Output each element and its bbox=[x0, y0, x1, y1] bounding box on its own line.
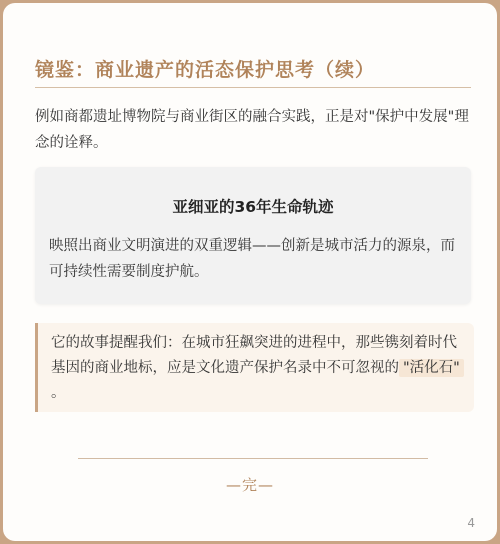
card-body: 映照出商业文明演进的双重逻辑——创新是城市活力的源泉，而可持续性需要制度护航。 bbox=[49, 233, 464, 285]
page: 镜鉴：商业遗产的活态保护思考（续） 例如商都遗址博物院与商业街区的融合实践，正是… bbox=[3, 3, 497, 541]
card-title: 亚细亚的36年生命轨迹 bbox=[35, 195, 471, 217]
page-number: 4 bbox=[467, 516, 475, 530]
info-card: 亚细亚的36年生命轨迹 映照出商业文明演进的双重逻辑——创新是城市活力的源泉，而… bbox=[35, 167, 471, 304]
title-divider bbox=[35, 87, 471, 88]
quote-block: 它的故事提醒我们：在城市狂飙突进的进程中，那些镌刻着时代基因的商业地标，应是文化… bbox=[35, 323, 474, 412]
highlight-term: "活化石" bbox=[399, 359, 464, 377]
end-mark: —完— bbox=[3, 474, 497, 495]
intro-paragraph: 例如商都遗址博物院与商业街区的融合实践，正是对"保护中发展"理念的诠释。 bbox=[35, 104, 475, 156]
end-divider bbox=[78, 458, 428, 459]
section-title: 镜鉴：商业遗产的活态保护思考（续） bbox=[35, 55, 375, 82]
quote-text-end: 。 bbox=[51, 385, 66, 401]
quote-text: 它的故事提醒我们：在城市狂飙突进的进程中，那些镌刻着时代基因的商业地标，应是文化… bbox=[51, 331, 466, 406]
quote-text-main: 它的故事提醒我们：在城市狂飙突进的进程中，那些镌刻着时代基因的商业地标，应是文化… bbox=[51, 335, 457, 376]
